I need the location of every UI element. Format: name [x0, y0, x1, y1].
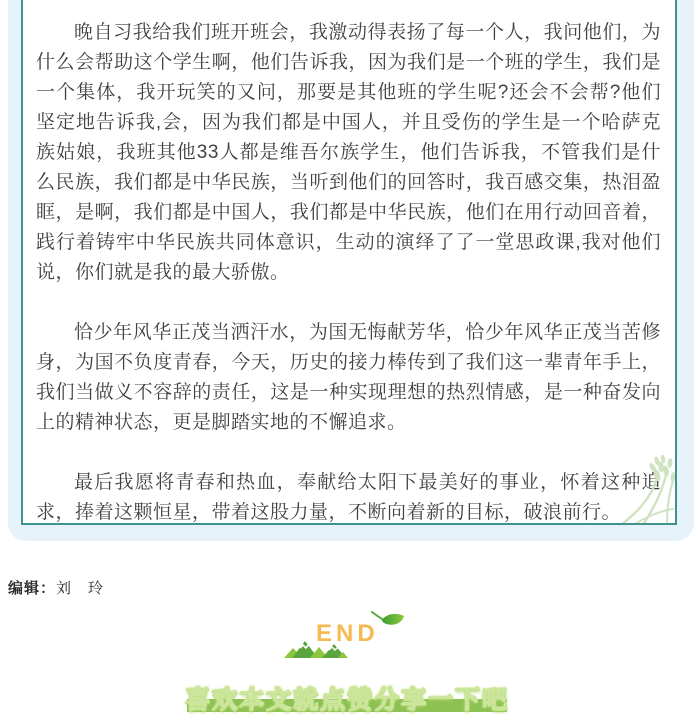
share-text: 喜欢本文就点赞分享一下吧	[185, 680, 509, 716]
share-banner: 喜欢本文就点赞分享一下吧	[187, 678, 507, 712]
wheat-decoration-icon	[613, 455, 677, 525]
leaf-icon	[370, 610, 408, 634]
end-graphic: END	[284, 610, 410, 668]
editor-label: 编辑：	[8, 580, 56, 597]
article-card-wrap: 晚自习我给我们班开班会，我激动得表扬了每一个人，我问他们，为什么会帮助这个学生啊…	[21, 0, 677, 525]
article-page: 晚自习我给我们班开班会，我激动得表扬了每一个人，我问他们，为什么会帮助这个学生啊…	[0, 0, 694, 712]
article-paragraph: 恰少年风华正茂当洒汗水，为国无悔献芳华，恰少年风华正茂当苦修身，为国不负度青春，…	[36, 318, 661, 438]
article-paragraph: 最后我愿将青春和热血，奉献给太阳下最美好的事业，怀着这种追求，捧着这颗恒星，带着…	[36, 468, 661, 525]
article-card: 晚自习我给我们班开班会，我激动得表扬了每一个人，我问他们，为什么会帮助这个学生啊…	[21, 0, 677, 525]
article-paragraph: 晚自习我给我们班开班会，我激动得表扬了每一个人，我问他们，为什么会帮助这个学生啊…	[36, 18, 661, 288]
editor-line: 编辑：刘 玲	[8, 577, 694, 598]
editor-name: 刘 玲	[56, 580, 104, 597]
